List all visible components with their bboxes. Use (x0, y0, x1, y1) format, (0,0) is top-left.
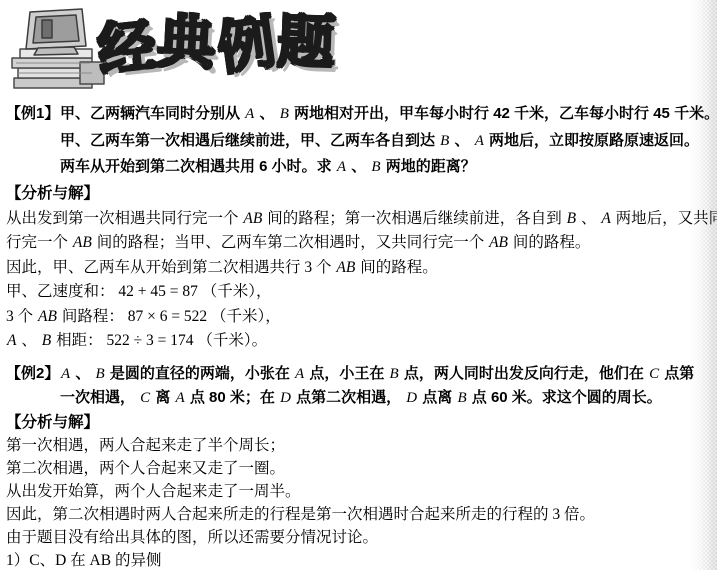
analysis-line: 从出发开始算，两个人合起来走了一周半。 (6, 480, 712, 503)
problem-line: 一次相遇， C 离 A 点 80 米；在 D 点第二次相遇， D 点离 B 点 … (60, 386, 712, 411)
analysis-line: 第二次相遇，两个人合起来又走了一圈。 (6, 457, 712, 480)
analysis-line: A 、 B 相距： 522 ÷ 3 = 174 （千米）。 (6, 329, 712, 354)
example-1-problem-lines: 甲、乙两辆汽车同时分别从 A 、 B 两地相对开出，甲车每小时行 42 千米，乙… (60, 101, 717, 181)
page-content: 【例1】 甲、乙两辆汽车同时分别从 A 、 B 两地相对开出，甲车每小时行 42… (6, 101, 712, 570)
analysis-line: 3 个 AB 间路程： 87 × 6 = 522 （千米）， (6, 305, 712, 330)
title-char: 典 (156, 3, 217, 84)
example-1-analysis-label: 【分析与解】 (6, 181, 712, 207)
analysis-line: 从出发到第一次相遇共同行完一个 AB 间的路程；第一次相遇后继续前进，各自到 B… (6, 207, 712, 232)
problem-line: 甲、乙两辆汽车同时分别从 A 、 B 两地相对开出，甲车每小时行 42 千米，乙… (60, 101, 717, 128)
example-1-analysis: 从出发到第一次相遇共同行完一个 AB 间的路程；第一次相遇后继续前进，各自到 B… (6, 207, 712, 354)
title-char: 例 (213, 3, 280, 88)
example-2: 【例2】 A 、 B 是圆的直径的两端，小张在 A 点，小王在 B 点，两人同时… (6, 362, 712, 570)
title-char: 经 (95, 7, 160, 91)
textbook-page: 经 典 例 题 【例1】 甲、乙两辆汽车同时分别从 A 、 B 两地相对开出，甲… (0, 0, 717, 570)
analysis-line: 由于题目没有给出具体的图，所以还需要分情况讨论。 (6, 526, 712, 549)
analysis-line: 甲、乙速度和： 42 + 45 = 87 （千米）， (6, 280, 712, 305)
page-header: 经 典 例 题 (0, 0, 717, 100)
analysis-line: 1）C、D 在 AB 的异侧 (6, 549, 712, 570)
analysis-line: 因此，第二次相遇时两人合起来所走的行程是第一次相遇时合起来所走的行程的 3 倍。 (6, 503, 712, 526)
example-1-label: 【例1】 (6, 101, 60, 181)
example-2-problem-lines: A 、 B 是圆的直径的两端，小张在 A 点，小王在 B 点，两人同时出发反向行… (60, 362, 712, 411)
problem-line: 两车从开始到第二次相遇共用 6 小时。求 A 、 B 两地的距离？ (60, 154, 717, 181)
example-2-problem: 【例2】 A 、 B 是圆的直径的两端，小张在 A 点，小王在 B 点，两人同时… (6, 362, 712, 411)
problem-line: 甲、乙两车第一次相遇后继续前进，甲、乙两车各自到达 B 、 A 两地后，立即按原… (60, 128, 717, 155)
analysis-line: 行完一个 AB 间的路程；当甲、乙两车第二次相遇时，又共同行完一个 AB 间的路… (6, 231, 712, 256)
analysis-line: 因此，甲、乙两车从开始到第二次相遇共行 3 个 AB 间的路程。 (6, 256, 712, 281)
example-1-problem: 【例1】 甲、乙两辆汽车同时分别从 A 、 B 两地相对开出，甲车每小时行 42… (6, 101, 712, 181)
example-2-analysis: 第一次相遇，两人合起来走了半个周长； 第二次相遇，两个人合起来又走了一圈。 从出… (6, 434, 712, 570)
example-1: 【例1】 甲、乙两辆汽车同时分别从 A 、 B 两地相对开出，甲车每小时行 42… (6, 101, 712, 354)
title-char: 题 (277, 3, 337, 83)
page-title: 经 典 例 题 (98, 4, 338, 82)
analysis-line: 第一次相遇，两人合起来走了半个周长； (6, 434, 712, 457)
problem-line: A 、 B 是圆的直径的两端，小张在 A 点，小王在 B 点，两人同时出发反向行… (60, 362, 712, 387)
example-2-analysis-label: 【分析与解】 (6, 411, 712, 435)
example-2-label: 【例2】 (6, 362, 60, 411)
